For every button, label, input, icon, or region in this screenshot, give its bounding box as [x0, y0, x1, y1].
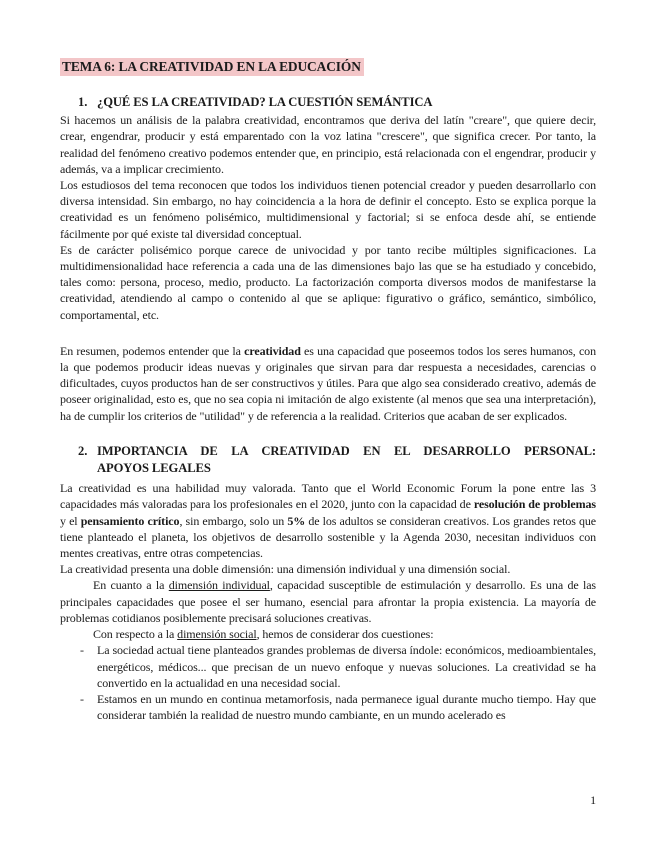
bullet-text: Estamos en un mundo en continua metamorf…: [97, 691, 596, 723]
paragraph-double-dimension: La creatividad presenta una doble dimens…: [60, 561, 596, 577]
text-run-bold: 5%: [287, 514, 305, 528]
heading-line: APOYOS LEGALES: [97, 460, 596, 477]
paragraph-summary: En resumen, podemos entender que la crea…: [60, 343, 596, 424]
bullet-dash-marker: -: [60, 642, 97, 691]
text-run-underline: dimensión social: [177, 627, 256, 641]
text-run: En resumen, podemos entender que la: [60, 344, 244, 358]
paragraph-polysemy: Es de carácter polisémico porque carece …: [60, 242, 596, 323]
text-run: y el: [60, 514, 81, 528]
title-row: TEMA 6: LA CREATIVIDAD EN LA EDUCACIÓN: [60, 58, 596, 76]
paragraph-wef: La creatividad es una habilidad muy valo…: [60, 480, 596, 561]
text-run: , hemos de considerar dos cuestiones:: [257, 627, 434, 641]
text-run-underline: dimensión individual: [169, 578, 270, 592]
heading-line: IMPORTANCIA DE LA CREATIVIDAD EN EL DESA…: [97, 443, 596, 460]
paragraph-social-dimension: Con respecto a la dimensión social, hemo…: [60, 626, 596, 642]
bullet-dash-marker: -: [60, 691, 97, 723]
page-number: 1: [590, 792, 596, 808]
section-1-number: 1.: [60, 94, 97, 111]
section-2-heading: 2. IMPORTANCIA DE LA CREATIVIDAD EN EL D…: [60, 443, 596, 477]
paragraph-individual-dimension: En cuanto a la dimensión individual, cap…: [60, 577, 596, 626]
document-title: TEMA 6: LA CREATIVIDAD EN LA EDUCACIÓN: [60, 58, 364, 76]
text-run: Con respecto a la: [93, 627, 177, 641]
paragraph-etymology: Si hacemos un análisis de la palabra cre…: [60, 112, 596, 177]
paragraph-scholars: Los estudiosos del tema reconocen que to…: [60, 177, 596, 242]
list-item: - La sociedad actual tiene planteados gr…: [60, 642, 596, 691]
text-run-bold: pensamiento crítico: [81, 514, 180, 528]
section-2-number: 2.: [60, 443, 97, 477]
list-item: - Estamos en un mundo en continua metamo…: [60, 691, 596, 723]
text-run-bold: resolución de problemas: [474, 497, 596, 511]
bullet-text: La sociedad actual tiene planteados gran…: [97, 642, 596, 691]
section-1-heading: 1. ¿QUÉ ES LA CREATIVIDAD? LA CUESTIÓN S…: [60, 94, 596, 111]
document-page: TEMA 6: LA CREATIVIDAD EN LA EDUCACIÓN 1…: [0, 0, 655, 848]
text-run: , sin embargo, solo un: [179, 514, 287, 528]
section-1-heading-text: ¿QUÉ ES LA CREATIVIDAD? LA CUESTIÓN SEMÁ…: [97, 94, 596, 111]
text-run: En cuanto a la: [93, 578, 169, 592]
section-2-heading-text: IMPORTANCIA DE LA CREATIVIDAD EN EL DESA…: [97, 443, 596, 477]
text-run-bold: creatividad: [244, 344, 301, 358]
